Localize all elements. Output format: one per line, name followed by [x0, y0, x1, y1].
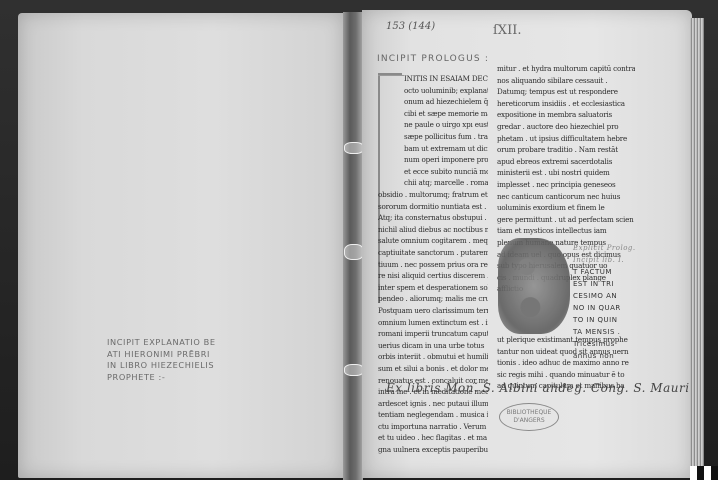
title-label-line: PROPHETE :- [107, 372, 237, 384]
text-line: phetam . ut ipsius difficultatem hebre [497, 133, 635, 145]
text-line: nec canticum canticorum nec huius [497, 191, 635, 203]
text-line: tentiam neglegendam . musica in lu [378, 409, 488, 421]
text-line: sæpe pollicitus fum . transire cupie [404, 131, 488, 143]
text-line: hereticorum insidiis . et ecclesiastica [497, 98, 635, 110]
text-line: ministerii est . ubi nostri quidem [497, 167, 635, 179]
text-line: INITIS IN ESAIAM DECEM ET [404, 73, 488, 85]
left-page-flyleaf [18, 13, 343, 478]
text-line: gna uulnera exceptis pauperibus ob [378, 444, 488, 456]
text-line: Atq; ita consternatus obstupui . ut [378, 212, 488, 224]
text-line: captiuitate sanctorum . putarem esse cap [378, 247, 488, 259]
text-line: tantur non uideat quod sit annus uern [497, 346, 635, 358]
text-line: et tu uideo . hec flagitas . et ma [378, 432, 488, 444]
text-line: sororum dormitio nuntiata est . [378, 201, 488, 213]
title-label-line: INCIPIT EXPLANATIO BE [107, 337, 237, 349]
library-stamp: BIBLIOTHEQUE D'ANGERS [499, 403, 559, 431]
caps-line: CESIMO AN [573, 290, 636, 302]
rubric-line: Explicit Prolog. [573, 242, 636, 254]
text-line: nos aliquando sibilare cessauit . [497, 75, 635, 87]
illuminated-initial-e [498, 238, 570, 334]
text-line: num operi imponere prophetālis [404, 154, 488, 166]
text-line: Postquam uero clarissimum terrarum [378, 305, 488, 317]
title-label-line: IN LIBRO HIEZECHIELIS [107, 360, 237, 372]
text-line: orum probare traditio . Nam restāt [497, 144, 635, 156]
text-line: tiuum . nec possem prius ora reserare [378, 259, 488, 271]
text-line: chii atq; marcelle . romane urbis [404, 177, 488, 189]
text-line: cibi et sæpe memorie matri [404, 108, 488, 120]
text-line: romani imperii truncatum caput . et ut [378, 328, 488, 340]
caps-line: T FACTUM [573, 266, 636, 278]
text-line: octo uoluminib; explanati- [404, 85, 488, 97]
text-line: nichil aliud diebus ac noctibus nisi de [378, 224, 488, 236]
stamp-line: BIBLIOTHEQUE [500, 409, 558, 417]
text-line: sic regis mihi . quando minuatur ē to [497, 369, 635, 381]
text-line: re nisi aliquid certius discerem . dū [378, 270, 488, 282]
caps-line: TO IN QUIN [573, 314, 636, 326]
caps-line: NO IN QUAR [573, 302, 636, 314]
text-line: et ecce subito nunciā mors pamma [404, 166, 488, 178]
text-column-a-bottom: obsidio . multorumq; fratrum et sororum … [378, 189, 488, 456]
rubric-line: Incipit lib. I. [573, 254, 636, 266]
binding-thread [344, 142, 364, 154]
text-line: uoluminis exordium et finem le [497, 202, 635, 214]
text-line: uerius dicam in una urbe totus [378, 340, 488, 352]
text-line: inter spem et desperationem sollicitus [378, 282, 488, 294]
text-line: salute omnium cogitarem . meq; in [378, 235, 488, 247]
text-line: ne paule o uirgo xpı eustochium [404, 119, 488, 131]
text-line: expositione in membra saluatoris [497, 109, 635, 121]
shelfmark: 153 (144) [386, 21, 435, 32]
text-line: Datumq; tempus est ut respondere [497, 86, 635, 98]
stamp-line: D'ANGERS [500, 417, 558, 425]
text-line: ardescet ignis . nec putaui illum sen [378, 398, 488, 410]
book-spine [343, 12, 363, 480]
binding-thread [344, 244, 364, 260]
text-line: omnium lumen extinctum est . immo [378, 317, 488, 329]
text-line: mitur . et hydra multorum capitū contra [497, 63, 635, 75]
text-line: ctu importuna narratio . Verum q̄ [378, 421, 488, 433]
text-line: orbis interiit . obmutui et humiliatus [378, 351, 488, 363]
text-line: onum ad hiezechielem q̄ [404, 96, 488, 108]
caps-line: EST IN TRI [573, 278, 636, 290]
text-line: gredar . auctore deo hiezechiel pro [497, 121, 635, 133]
text-line: apud ebreos extremi sacerdotalis [497, 156, 635, 168]
ex-libris-inscription: Ex libris Mon.̃ S. Albini andeg. Cong. S… [386, 381, 690, 395]
page-fore-edge [690, 18, 704, 476]
text-line: obsidio . multorumq; fratrum et [378, 189, 488, 201]
text-line: ut plerique existimant tempus prophe [497, 334, 635, 346]
text-line: tiam et mysticos intellectus iam [497, 225, 635, 237]
left-page-title-label: INCIPIT EXPLANATIO BE ATI HIERONIMI PRĒB… [107, 337, 237, 383]
binding-thread [344, 364, 364, 376]
text-line: sum et silui a bonis . et dolor meus [378, 363, 488, 375]
scan-color-scale [690, 466, 718, 480]
title-label-line: ATI HIERONIMI PRĒBRI [107, 349, 237, 361]
folio-number: ſXII. [493, 23, 521, 38]
text-line: gere permittunt . ut ad perfectam scien [497, 214, 635, 226]
text-line: implesset . nec principia geneseos [497, 179, 635, 191]
text-line: bam ut extremam ut dicitur ma [404, 143, 488, 155]
text-line: tionis . ideo adhuc de maximo anno re [497, 357, 635, 369]
text-line: pendeo . aliorumq; malis me crucio . [378, 293, 488, 305]
incipit-heading: INCIPIT PROLOGUS : [377, 54, 489, 64]
text-column-a-top: INITIS IN ESAIAM DECEM ET octo uoluminib… [404, 73, 488, 189]
